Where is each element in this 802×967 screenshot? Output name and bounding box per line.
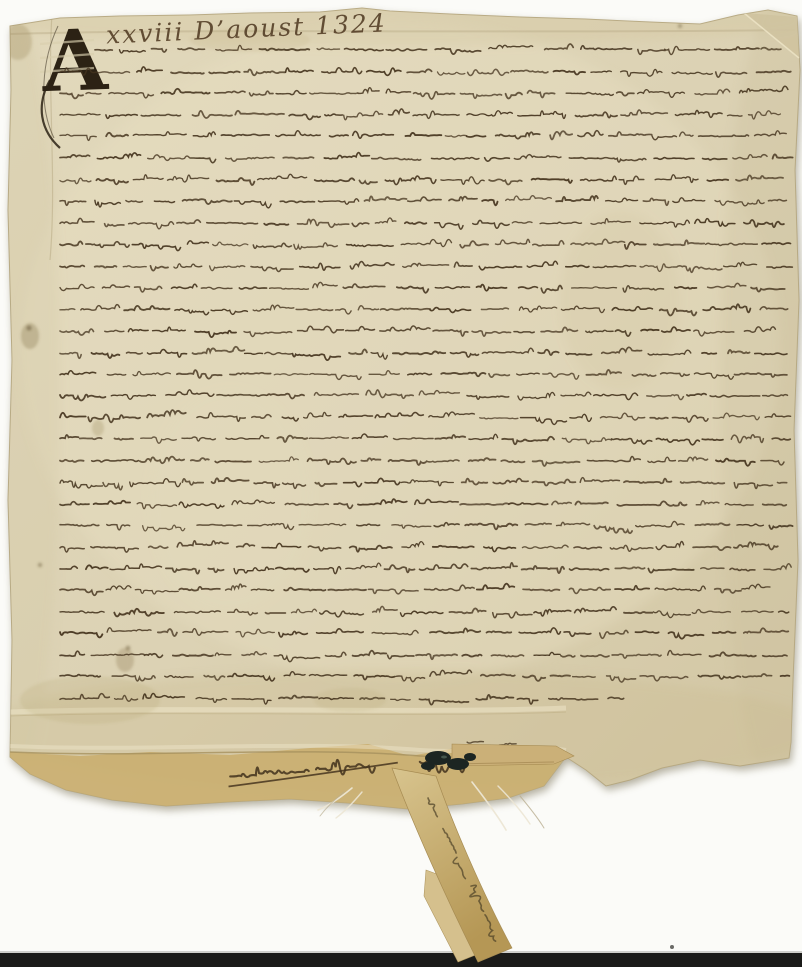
- handwriting-word: [569, 158, 598, 159]
- handwriting-word: [781, 675, 790, 676]
- manuscript-photo: A: [0, 0, 802, 967]
- handwriting-word: [328, 589, 366, 590]
- handwriting-word: [778, 483, 787, 484]
- handwriting-word: [702, 439, 723, 440]
- handwriting-word: [573, 676, 595, 677]
- handwriting-word: [551, 675, 571, 676]
- scan-bar-highlight: [0, 951, 802, 953]
- handwriting-word: [171, 72, 204, 74]
- handwriting-word: [173, 655, 213, 657]
- handwriting-word: [95, 50, 112, 51]
- dust-speck: [670, 945, 674, 949]
- handwriting-word: [115, 438, 134, 439]
- scan-background: A: [0, 0, 802, 967]
- handwriting-word: [624, 612, 652, 613]
- handwriting-word: [763, 504, 787, 505]
- initial-letter: A: [39, 10, 110, 111]
- handwriting-word: [266, 613, 286, 614]
- handwriting-word: [360, 698, 384, 700]
- handwriting-word: [641, 330, 658, 331]
- handwriting-word: [221, 134, 269, 136]
- scan-bottom-bar: [0, 953, 802, 967]
